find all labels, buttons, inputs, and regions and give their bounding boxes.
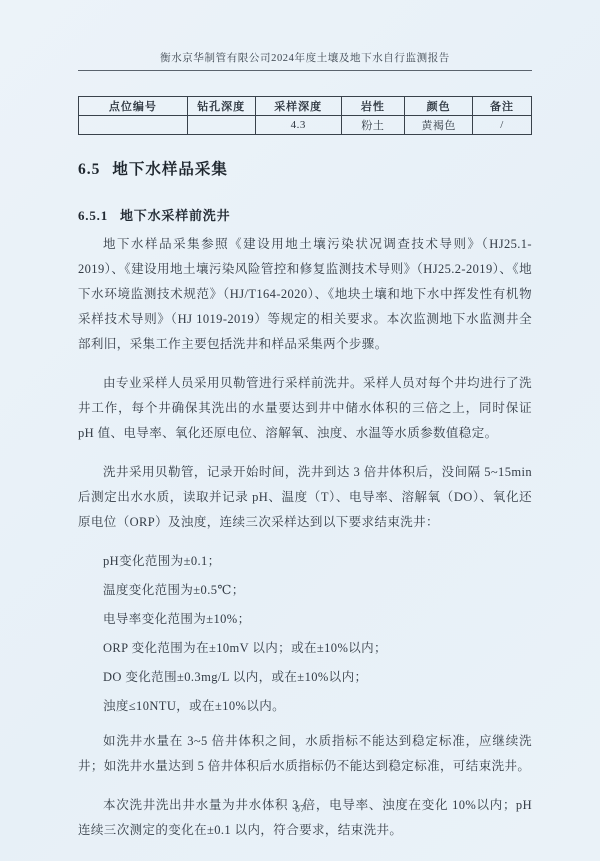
paragraph-wash-volume-rule: 如洗井水量在 3~5 倍井体积之间，水质指标不能达到稳定标准，应继续洗井；如洗井…: [78, 729, 532, 779]
section-number: 6.5: [78, 161, 100, 178]
cell-color: 黄褐色: [405, 116, 473, 135]
criteria-temperature: 温度变化范围为±0.5℃；: [78, 578, 532, 603]
cell-sample-depth: 4.3: [255, 116, 341, 135]
col-header-point-id: 点位编号: [79, 97, 188, 116]
cell-remark: /: [473, 116, 532, 135]
paragraph-wash-procedure: 洗井采用贝勒管，记录开始时间，洗井到达 3 倍井体积后，没间隔 5~15min …: [78, 460, 532, 535]
page-number: 67: [0, 804, 600, 815]
col-header-drill-depth: 钻孔深度: [187, 97, 255, 116]
col-header-sample-depth: 采样深度: [255, 97, 341, 116]
criteria-orp: ORP 变化范围为在±10mV 以内；或在±10%以内；: [78, 636, 532, 661]
section-heading-6-5-1: 6.5.1地下水采样前洗井: [78, 205, 532, 224]
subsection-number: 6.5.1: [78, 208, 108, 223]
criteria-ph: pH变化范围为±0.1；: [78, 549, 532, 574]
cell-drill-depth: [187, 116, 255, 135]
col-header-color: 颜色: [405, 97, 473, 116]
report-header-title: 衡水京华制管有限公司2024年度土壤及地下水自行监测报告: [78, 50, 532, 71]
section-title: 地下水样品采集: [112, 161, 228, 178]
table-row: 4.3 粉土 黄褐色 /: [79, 116, 532, 135]
document-page: 衡水京华制管有限公司2024年度土壤及地下水自行监测报告 点位编号 钻孔深度 采…: [0, 0, 600, 861]
criteria-turbidity: 浊度≤10NTU，或在±10%以内。: [78, 694, 532, 719]
col-header-remark: 备注: [473, 97, 532, 116]
paragraph-standards: 地下水样品采集参照《建设用地土壤污染状况调查技术导则》（HJ25.1-2019）…: [78, 232, 532, 357]
cell-point-id: [79, 116, 188, 135]
col-header-lithology: 岩性: [341, 97, 404, 116]
criteria-conductivity: 电导率变化范围为±10%；: [78, 607, 532, 632]
paragraph-bailer-wash: 由专业采样人员采用贝勒管进行采样前洗井。采样人员对每个井均进行了洗井工作，每个井…: [78, 371, 532, 446]
page-content: 衡水京华制管有限公司2024年度土壤及地下水自行监测报告 点位编号 钻孔深度 采…: [78, 0, 532, 857]
table-header-row: 点位编号 钻孔深度 采样深度 岩性 颜色 备注: [79, 97, 532, 116]
sampling-info-table: 点位编号 钻孔深度 采样深度 岩性 颜色 备注 4.3 粉土 黄褐色 /: [78, 96, 532, 135]
section-body: 地下水样品采集参照《建设用地土壤污染状况调查技术导则》（HJ25.1-2019）…: [78, 232, 532, 843]
criteria-do: DO 变化范围±0.3mg/L 以内，或在±10%以内；: [78, 665, 532, 690]
section-heading-6-5: 6.5地下水样品采集: [78, 157, 532, 179]
subsection-title: 地下水采样前洗井: [120, 208, 230, 223]
wash-criteria-list: pH变化范围为±0.1； 温度变化范围为±0.5℃； 电导率变化范围为±10%；…: [78, 549, 532, 719]
paragraph-wash-result: 本次洗井洗出井水量为井水体积 3 倍，电导率、浊度在变化 10%以内；pH连续三…: [78, 793, 532, 843]
cell-lithology: 粉土: [341, 116, 404, 135]
